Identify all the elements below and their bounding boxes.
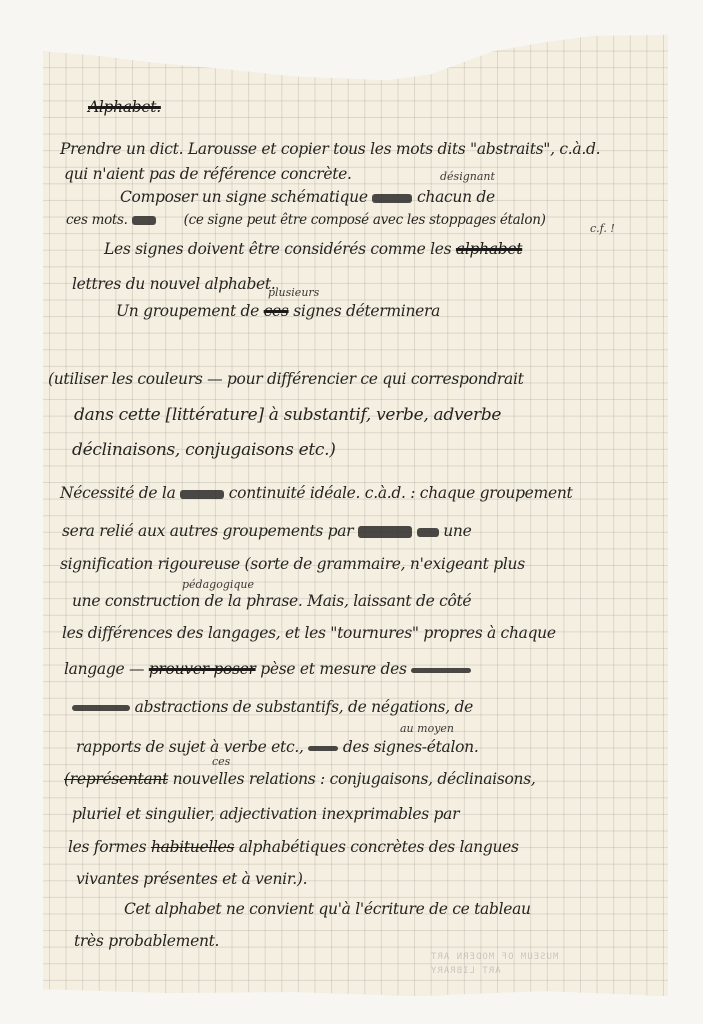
line-text: Composer un signe schématique [120,188,368,206]
scribble [180,490,224,499]
margin-note: c.f. ! [590,222,615,235]
scribble [132,216,156,225]
library-stamp-bleedthrough: MUSEUM OF MODERN ART [430,952,558,962]
line-text: les formes [68,838,146,856]
interlinear-note: désignant [440,170,495,183]
library-stamp-bleedthrough: ART LIBRARY [430,966,501,976]
manuscript-line: Composer un signe schématique chacun de [120,188,495,206]
line-text: une [443,522,471,540]
struck-word: habituelles [151,838,234,856]
struck-word: alphabet [456,240,522,258]
manuscript-line: (utiliser les couleurs — pour différenci… [48,370,524,388]
line-text: Nécessité de la [60,484,176,502]
line-text: continuité idéale. c.à.d. : chaque group… [229,484,573,502]
line-text: pèse et mesure des [260,660,406,678]
line-text: ces mots. [66,212,128,228]
manuscript-line: abstractions de substantifs, de négation… [72,698,473,716]
scribble [417,528,439,537]
line-text: (ce signe peut être composé avec les sto… [184,212,546,228]
interlinear-note: au moyen [400,722,454,735]
line-text: langage — [64,660,144,678]
line-text: rapports de sujet à verbe etc., [76,738,304,756]
manuscript-line: pluriel et singulier, adjectivation inex… [72,805,459,823]
interlinear-note: ces [212,755,230,768]
scribble [358,526,412,538]
line-text: Un groupement de [116,302,259,320]
manuscript-line: lettres du nouvel alphabet. [72,275,276,293]
manuscript-line: Cet alphabet ne convient qu'à l'écriture… [124,900,531,918]
manuscript-line: qui n'aient pas de référence concrète. [64,165,352,183]
manuscript-line: (représentant nouvelles relations : conj… [64,770,535,788]
line-text: alphabétiques concrètes des langues [239,838,519,856]
crossed-heading: Alphabet. [88,98,161,116]
manuscript-line: Nécessité de la continuité idéale. c.à.d… [60,484,572,502]
scribble [411,668,471,673]
line-text: des signes-étalon. [343,738,479,756]
manuscript-line: Prendre un dict. Larousse et copier tous… [60,140,600,158]
scribble [372,194,412,203]
line-text: Les signes doivent être considérés comme… [104,240,451,258]
manuscript-line: les différences des langages, et les "to… [62,624,556,642]
manuscript-line: vivantes présentes et à venir.). [76,870,307,888]
manuscript-line: une construction de la phrase. Mais, lai… [72,592,471,610]
interlinear-note: pédagogique [182,578,254,591]
struck-word: prouver poser [149,660,256,678]
heading-text: Alphabet. [88,98,161,116]
scribble [72,705,130,711]
manuscript-line: sera relié aux autres groupements par un… [62,522,471,540]
line-text: signes déterminera [293,302,440,320]
struck-word: (représentant [64,770,168,788]
manuscript-line: très probablement. [74,932,219,950]
manuscript-line: rapports de sujet à verbe etc., des sign… [76,738,479,756]
struck-word: ces [264,302,289,320]
manuscript-line: déclinaisons, conjugaisons etc.) [72,440,336,460]
line-text: sera relié aux autres groupements par [62,522,353,540]
line-text: nouvelles relations : conjugaisons, décl… [173,770,536,788]
manuscript-line: langage — prouver poser pèse et mesure d… [64,660,471,678]
manuscript-line: les formes habituelles alphabétiques con… [68,838,519,856]
interlinear-note: plusieurs [268,286,319,299]
manuscript-line: ces mots. (ce signe peut être composé av… [66,212,546,228]
manuscript-line: Les signes doivent être considérés comme… [104,240,522,258]
manuscript-line: signification rigoureuse (sorte de gramm… [60,555,525,573]
manuscript-line: dans cette [littérature] à substantif, v… [74,405,501,425]
line-text: abstractions de substantifs, de négation… [135,698,473,716]
manuscript-line: Un groupement de ces signes déterminera [116,302,440,320]
scribble [308,746,338,751]
line-text: chacun de [417,188,495,206]
